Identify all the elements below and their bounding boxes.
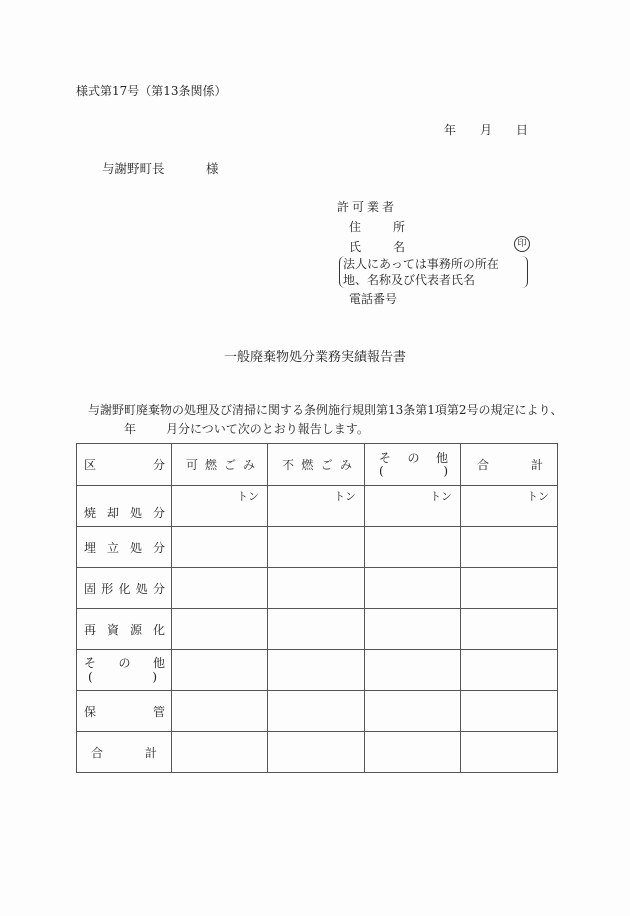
header-noncombustible: 不燃ごみ bbox=[268, 444, 365, 486]
table-row-storage: 保管 bbox=[77, 691, 558, 732]
table-row-total: 合計 bbox=[77, 732, 558, 773]
table-row-recycling: 再資源化 bbox=[77, 609, 558, 650]
value-cell[interactable]: トン bbox=[365, 486, 461, 527]
unit-label: トン bbox=[237, 488, 259, 504]
document-title: 一般廃棄物処分業務実績報告書 bbox=[0, 346, 630, 365]
row-label: その他 () bbox=[77, 650, 172, 691]
value-cell[interactable] bbox=[268, 609, 365, 650]
name-label: 氏名 bbox=[349, 238, 405, 255]
row-label: 固形化処分 bbox=[77, 568, 172, 609]
date-month-label: 月 bbox=[480, 121, 492, 138]
row-label: 焼却処分 bbox=[77, 486, 172, 527]
value-cell[interactable] bbox=[461, 650, 558, 691]
address-label: 住所 bbox=[349, 218, 405, 235]
header-combustible: 可燃ごみ bbox=[172, 444, 268, 486]
applicant-title: 許可業者 bbox=[337, 198, 397, 215]
value-cell[interactable] bbox=[172, 527, 268, 568]
row-label: 埋立処分 bbox=[77, 527, 172, 568]
table-row-incineration: 焼却処分 トン トン トン トン bbox=[77, 486, 558, 527]
value-cell[interactable] bbox=[365, 609, 461, 650]
seal-icon: 印 bbox=[514, 236, 530, 252]
value-cell[interactable] bbox=[172, 568, 268, 609]
value-cell[interactable]: トン bbox=[172, 486, 268, 527]
body-line-2: 年月分について次のとおり報告します。 bbox=[124, 420, 369, 437]
row-label: 合計 bbox=[77, 732, 172, 773]
report-table: 区分 可燃ごみ 不燃ごみ その他 () 合計 焼却処分 トン トン トン トン … bbox=[76, 443, 558, 773]
value-cell[interactable] bbox=[461, 691, 558, 732]
value-cell[interactable] bbox=[365, 691, 461, 732]
value-cell[interactable] bbox=[461, 527, 558, 568]
value-cell[interactable]: トン bbox=[268, 486, 365, 527]
value-cell[interactable] bbox=[461, 732, 558, 773]
addressee: 与謝野町長 bbox=[102, 159, 165, 177]
date-day-label: 日 bbox=[516, 121, 528, 138]
table-row-solidification: 固形化処分 bbox=[77, 568, 558, 609]
unit-label: トン bbox=[334, 488, 356, 504]
table-header-row: 区分 可燃ごみ 不燃ごみ その他 () 合計 bbox=[77, 444, 558, 486]
corporate-note: 法人にあっては事務所の所在 地、名称及び代表者氏名 bbox=[339, 256, 528, 288]
value-cell[interactable] bbox=[268, 732, 365, 773]
value-cell[interactable] bbox=[365, 527, 461, 568]
table-row-other: その他 () bbox=[77, 650, 558, 691]
value-cell[interactable] bbox=[365, 732, 461, 773]
value-cell[interactable] bbox=[365, 650, 461, 691]
table-row-landfill: 埋立処分 bbox=[77, 527, 558, 568]
row-label: 保管 bbox=[77, 691, 172, 732]
header-total: 合計 bbox=[461, 444, 558, 486]
unit-label: トン bbox=[430, 488, 452, 504]
body-month-text: 月分について次のとおり報告します。 bbox=[166, 422, 369, 436]
date-year-label: 年 bbox=[444, 121, 456, 138]
value-cell[interactable]: トン bbox=[461, 486, 558, 527]
header-other: その他 () bbox=[365, 444, 461, 486]
value-cell[interactable] bbox=[172, 650, 268, 691]
unit-label: トン bbox=[527, 488, 549, 504]
value-cell[interactable] bbox=[172, 691, 268, 732]
value-cell[interactable] bbox=[268, 691, 365, 732]
addressee-suffix: 様 bbox=[206, 159, 219, 177]
row-label: 再資源化 bbox=[77, 609, 172, 650]
value-cell[interactable] bbox=[461, 609, 558, 650]
body-year-label: 年 bbox=[124, 422, 136, 436]
phone-label: 電話番号 bbox=[349, 290, 397, 307]
value-cell[interactable] bbox=[461, 568, 558, 609]
value-cell[interactable] bbox=[172, 732, 268, 773]
header-category: 区分 bbox=[77, 444, 172, 486]
value-cell[interactable] bbox=[268, 650, 365, 691]
value-cell[interactable] bbox=[268, 568, 365, 609]
value-cell[interactable] bbox=[365, 568, 461, 609]
form-number: 様式第17号（第13条関係） bbox=[76, 82, 227, 99]
body-line-1: 与謝野町廃棄物の処理及び清掃に関する条例施行規則第13条第1項第2号の規定により… bbox=[88, 401, 563, 418]
value-cell[interactable] bbox=[172, 609, 268, 650]
value-cell[interactable] bbox=[268, 527, 365, 568]
